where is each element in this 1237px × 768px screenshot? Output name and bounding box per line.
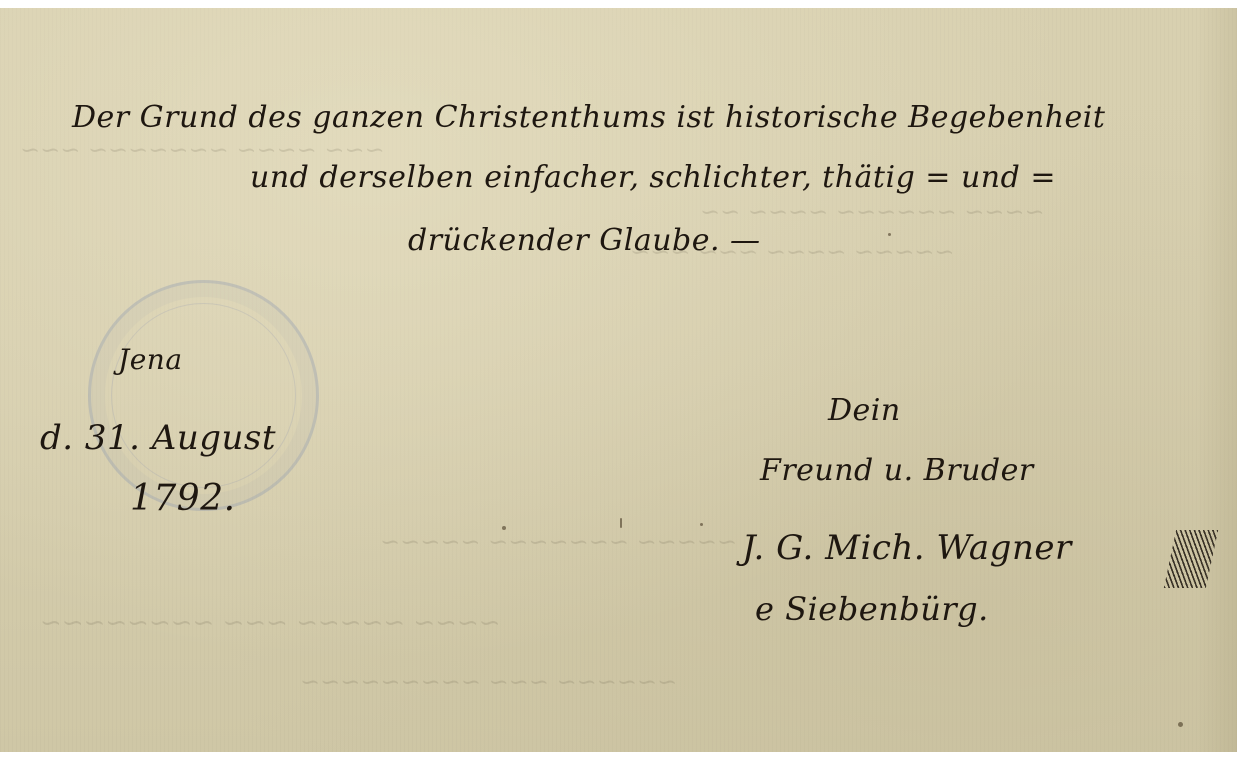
- dateline-place: Jena: [118, 343, 183, 376]
- dateline-year: 1792.: [130, 478, 236, 519]
- signature-relation: Freund u. Bruder: [760, 453, 1034, 488]
- paper-speck: [700, 523, 703, 526]
- bleed-through-text: ~~~~~~ ~~~ ~~~~~~~~~: [300, 668, 677, 696]
- scan-frame: ~~~ ~~~~ ~~~~~~~ ~~~ ~~~~ ~~~~~~ ~~~~ ~~…: [0, 0, 1237, 768]
- bleed-through-text: ~~~~ ~~~~~ ~~~ ~~~~~~~~: [40, 608, 501, 638]
- motto-line-2: und derselben einfacher, schlichter, thä…: [250, 160, 1056, 195]
- bleed-through-text: ~~~~~ ~~~~~~~ ~~~~~: [380, 528, 737, 556]
- signature-closing: Dein: [828, 393, 901, 428]
- paper-speck: [1178, 722, 1183, 727]
- signature-flourish-icon: [1164, 530, 1218, 588]
- manuscript-page: ~~~ ~~~~ ~~~~~~~ ~~~ ~~~~ ~~~~~~ ~~~~ ~~…: [0, 8, 1237, 752]
- signature-origin: e Siebenbürg.: [755, 590, 989, 628]
- dateline-date: d. 31. August: [40, 418, 276, 458]
- motto-line-1: Der Grund des ganzen Christenthums ist h…: [72, 100, 1105, 135]
- paper-speck: [888, 233, 891, 236]
- library-stamp-inner-ring: [111, 303, 296, 488]
- paper-speck: [502, 526, 506, 530]
- motto-line-3: drückender Glaube. —: [408, 223, 761, 258]
- signature-name: J. G. Mich. Wagner: [742, 528, 1072, 568]
- library-stamp: [88, 280, 319, 511]
- paper-speck: [620, 518, 622, 528]
- bleed-through-text: ~~~~ ~~~~~~ ~~~~ ~~: [700, 198, 1045, 226]
